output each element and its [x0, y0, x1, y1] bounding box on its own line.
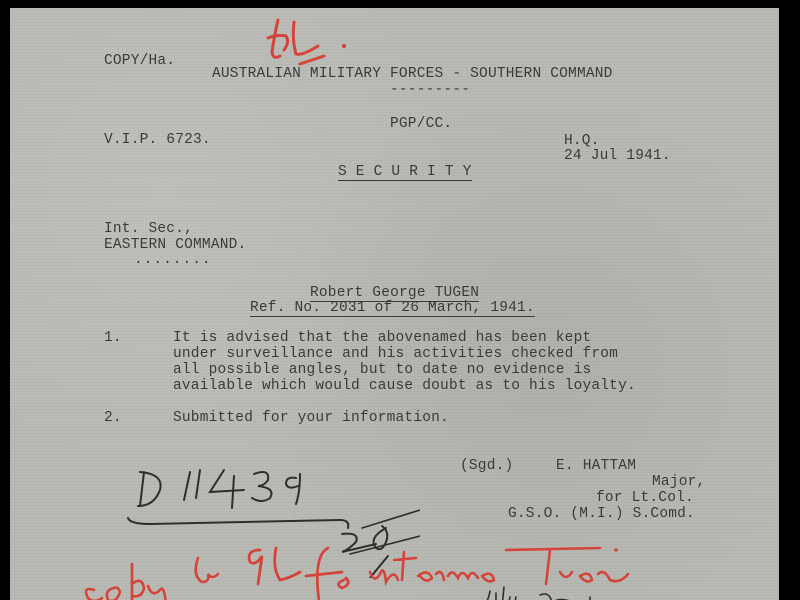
- document-page: COPY/Ha. AUSTRALIAN MILITARY FORCES - SO…: [10, 8, 779, 600]
- copy-reference: COPY/Ha.: [104, 53, 175, 69]
- document-heading: AUSTRALIAN MILITARY FORCES - SOUTHERN CO…: [212, 66, 613, 82]
- document-date: 24 Jul 1941.: [564, 148, 671, 164]
- signatory-title: G.S.O. (M.I.) S.Comd.: [508, 506, 695, 522]
- paragraph-number: 1.: [104, 330, 122, 346]
- heading-rule: ---------: [390, 82, 470, 98]
- addressee-line-2: EASTERN COMMAND.: [104, 237, 246, 253]
- vip-reference: V.I.P. 6723.: [104, 132, 211, 148]
- addressee-dots: ........: [134, 252, 212, 268]
- addressee-line-1: Int. Sec.,: [104, 221, 193, 237]
- signatory-for: for Lt.Col.: [596, 490, 694, 506]
- paragraph-line: all possible angles, but to date no evid…: [173, 362, 591, 378]
- file-reference: PGP/CC.: [390, 116, 452, 132]
- paragraph-line: under surveillance and his activities ch…: [173, 346, 618, 362]
- signed-marker: (Sgd.): [460, 458, 513, 474]
- hq-label: H.Q.: [564, 133, 600, 149]
- paragraph-line: available which would cause doubt as to …: [173, 378, 636, 394]
- paragraph-number: 2.: [104, 410, 122, 426]
- classification-heading: S E C U R I T Y: [338, 164, 472, 181]
- red-annotation-top: [260, 12, 360, 72]
- signatory-name: E. HATTAM: [556, 458, 636, 474]
- signatory-rank: Major,: [652, 474, 705, 490]
- pencil-annotation-bottom: [480, 583, 620, 600]
- paragraph-line: It is advised that the abovenamed has be…: [173, 330, 591, 346]
- subject-reference: Ref. No. 2031 of 26 March, 1941.: [250, 300, 535, 317]
- paragraph-line: Submitted for your information.: [173, 410, 449, 426]
